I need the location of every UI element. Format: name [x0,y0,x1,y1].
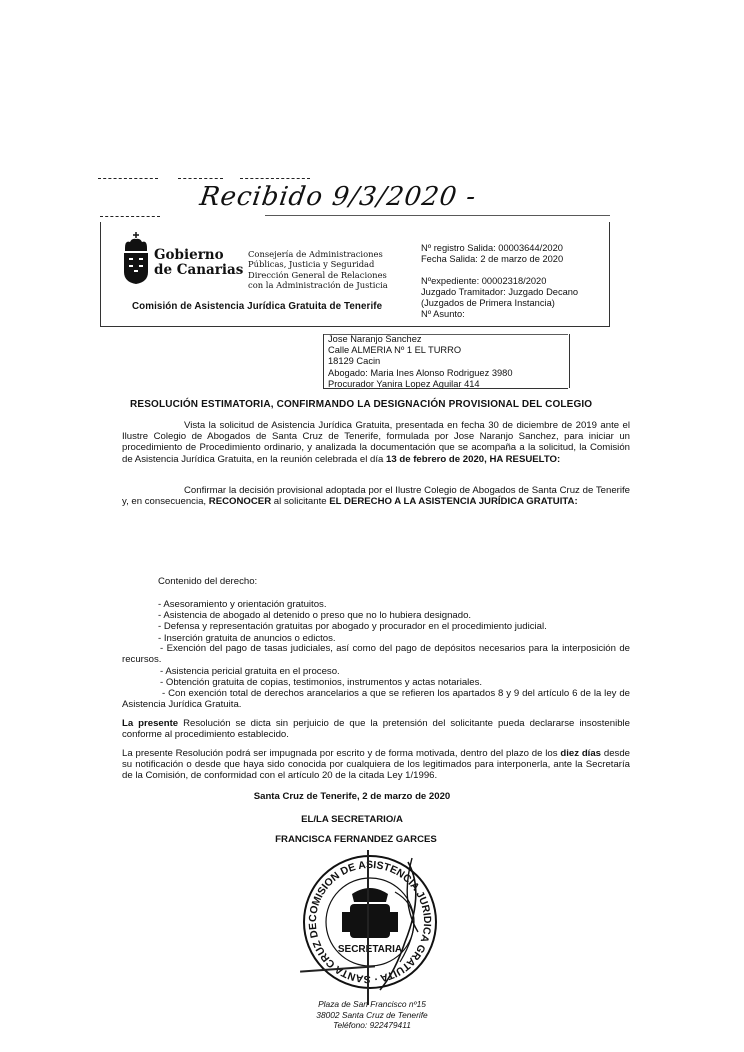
court-type: (Juzgados de Primera Instancia) [421,298,578,309]
list-item: - Asesoramiento y orientación gratuitos. [158,599,547,610]
direccion-line: con la Administración de Justicia [248,281,388,291]
paragraph-bold: La presente [122,718,178,729]
recipient-city: 18129 Cacin [328,356,513,367]
paragraph-bold: diez días [560,748,601,759]
scan-line [98,178,158,179]
resolution-title: RESOLUCIÓN ESTIMATORIA, CONFIRMANDO LA D… [130,399,592,410]
stamp-center-text: SECRETARIA [338,944,402,955]
rights-list: - Asesoramiento y orientación gratuitos.… [158,599,547,644]
processing-court: Juzgado Tramitador: Juzgado Decano [421,287,578,298]
signature-stroke [367,850,369,1005]
list-item: - Exención del pago de tasas judiciales,… [122,643,630,665]
footer-address: Plaza de San Francisco nº15 38002 Santa … [282,999,462,1031]
exit-date: Fecha Salida: 2 de marzo de 2020 [421,254,563,265]
registry-info: Nº registro Salida: 00003644/2020 Fecha … [421,243,563,265]
consejeria-name: Consejería de Administraciones Públicas,… [248,250,383,269]
paragraph-request: Vista la solicitud de Asistencia Jurídic… [122,420,630,465]
list-item: - Asistencia de abogado al detenido o pr… [158,610,547,621]
matter-number: Nº Asunto: [421,309,578,320]
logo-line-2: de Canarias [154,263,243,278]
scan-line [240,178,310,179]
logo-line-1: Gobierno [154,248,243,263]
recipient-address: Jose Naranjo Sanchez Calle ALMERIA Nº 1 … [328,334,513,390]
direccion-general-name: Dirección General de Relaciones con la A… [248,271,388,290]
paragraph-without-prejudice: La presente Resolución se dicta sin perj… [122,718,630,740]
registry-number: Nº registro Salida: 00003644/2020 [421,243,563,254]
list-item: - Defensa y representación gratuitas por… [158,621,547,632]
recipient-lawyer: Abogado: Maria Ines Alonso Rodriguez 398… [328,368,513,379]
place-and-date: Santa Cruz de Tenerife, 2 de marzo de 20… [0,791,724,802]
recipient-procurator: Procurador Yanira Lopez Aguilar 414 [328,379,513,390]
signer-name: FRANCISCA FERNANDEZ GARCES [0,834,728,845]
paragraph-bold: 13 de febrero de 2020, HA RESUELTO: [386,454,560,465]
coat-of-arms-icon [122,232,150,284]
case-info: Nºexpediente: 00002318/2020 Juzgado Tram… [421,276,578,320]
footer-city: 38002 Santa Cruz de Tenerife [282,1010,462,1021]
signer-role: EL/LA SECRETARIO/A [0,814,724,825]
case-number: Nºexpediente: 00002318/2020 [421,276,578,287]
official-stamp-icon: COMISION DE ASISTENCIA JURIDICA GRATUITA… [300,852,440,992]
list-item-text: - Exención del pago de tasas judiciales,… [122,643,630,665]
list-item: - Asistencia pericial gratuita en el pro… [160,666,340,677]
scan-line [100,216,160,217]
paragraph-bold: EL DERECHO A LA ASISTENCIA JURÍDICA GRAT… [329,496,577,507]
consejeria-line: Públicas, Justicia y Seguridad [248,260,383,270]
footer-street: Plaza de San Francisco nº15 [282,999,462,1010]
rights-heading: Contenido del derecho: [158,576,257,587]
footer-phone: Teléfono: 922479411 [282,1020,462,1031]
paragraph-decision: Confirmar la decisión provisional adopta… [122,485,630,507]
paragraph-text: Resolución se dicta sin perjuicio de que… [122,718,630,740]
scan-line [265,215,610,216]
list-item-text: - Con exención total de derechos arancel… [122,688,630,710]
recipient-street: Calle ALMERIA Nº 1 EL TURRO [328,345,513,356]
government-logo-text: Gobierno de Canarias [154,248,243,278]
paragraph-text: La presente Resolución podrá ser impugna… [122,748,560,759]
list-item: - Obtención gratuita de copias, testimon… [160,677,482,688]
paragraph-text: al solicitante [271,496,329,507]
comision-name: Comisión de Asistencia Jurídica Gratuita… [132,301,382,312]
scan-line [178,178,223,179]
paragraph-appeal: La presente Resolución podrá ser impugna… [122,748,630,782]
handwritten-received-note: Recibido 9/3/2020 - [198,182,478,212]
recipient-name: Jose Naranjo Sanchez [328,334,513,345]
paragraph-bold: RECONOCER [209,496,271,507]
list-item: - Con exención total de derechos arancel… [122,688,630,710]
